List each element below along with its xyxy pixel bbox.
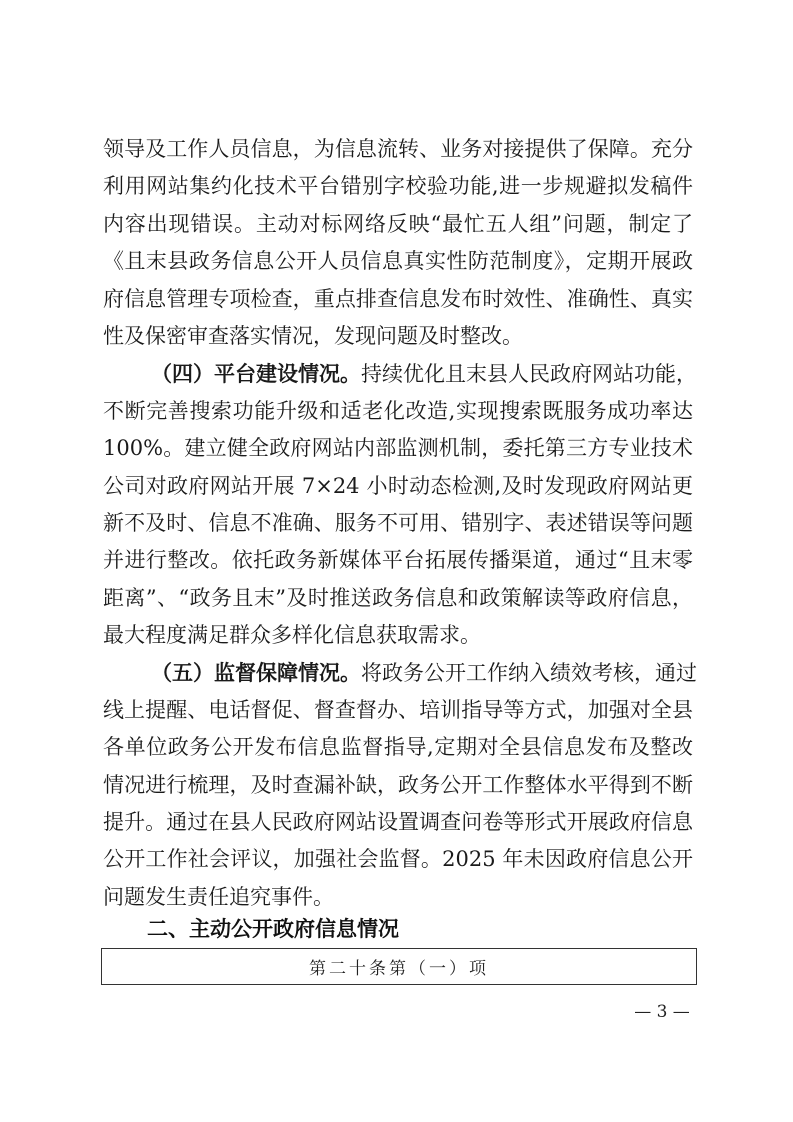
paragraph-first-line: （四）平台建设情况。持续优化且末县人民政府网站功能， [103,355,693,392]
text-line: 府信息管理专项检查，重点排查信息发布时效性、准确性、真实 [103,281,693,318]
page-number: — 3 — [622,998,702,1026]
text-line: 内容出现错误。主动对标网络反映“最忙五人组”问题，制定了 [103,206,693,243]
table-header-cell: 第二十条第（一）项 [309,954,489,979]
paragraph-first-line: （五）监督保障情况。将政务公开工作纳入绩效考核，通过 [103,654,693,691]
text-line: 并进行整改。依托政务新媒体平台拓展传播渠道，通过“且末零 [103,542,693,579]
paragraph-continued: 领导及工作人员信息，为信息流转、业务对接提供了保障。充分 利用网站集约化技术平台… [103,131,693,355]
subsection-heading: （五）监督保障情况。 [151,660,361,685]
text-line: 利用网站集约化技术平台错别字校验功能,进一步规避拟发稿件 [103,168,693,205]
text-line: 新不及时、信息不准确、服务不可用、错别字、表述错误等问题 [103,505,693,542]
text-line: 领导及工作人员信息，为信息流转、业务对接提供了保障。充分 [103,131,693,168]
text-line: 问题发生责任追究事件。 [103,879,693,916]
document-page: 领导及工作人员信息，为信息流转、业务对接提供了保障。充分 利用网站集约化技术平台… [0,0,793,1122]
text-span: 将政务公开工作纳入绩效考核，通过 [361,661,697,685]
text-line: 公司对政府网站开展 7×24 小时动态检测,及时发现政府网站更 [103,468,693,505]
info-table: 第二十条第（一）项 [101,948,697,985]
text-line: 提升。通过在县人民政府网站设置调查问卷等形式开展政府信息 [103,804,693,841]
text-line: 性及保密审查落实情况，发现问题及时整改。 [103,318,693,355]
text-line: 各单位政务公开发布信息监督指导,定期对全县信息发布及整改 [103,729,693,766]
text-line: 不断完善搜索功能升级和适老化改造,实现搜索既服务成功率达 [103,393,693,430]
subsection-heading: （四）平台建设情况。 [151,361,361,386]
text-line: 公开工作社会评议，加强社会监督。2025 年未因政府信息公开 [103,841,693,878]
paragraph-supervision-guarantee: （五）监督保障情况。将政务公开工作纳入绩效考核，通过 线上提醒、电话督促、督查督… [103,654,693,916]
text-line: 情况进行梳理，及时查漏补缺，政务公开工作整体水平得到不断 [103,767,693,804]
text-span: 持续优化且末县人民政府网站功能， [361,362,697,386]
text-line: 线上提醒、电话督促、督查督办、培训指导等方式，加强对全县 [103,692,693,729]
text-line: 100%。建立健全政府网站内部监测机制，委托第三方专业技术 [103,430,693,467]
text-line: 《且末县政务信息公开人员信息真实性防范制度》，定期开展政 [103,243,693,280]
paragraph-platform-construction: （四）平台建设情况。持续优化且末县人民政府网站功能， 不断完善搜索功能升级和适老… [103,355,693,654]
body-text: 领导及工作人员信息，为信息流转、业务对接提供了保障。充分 利用网站集约化技术平台… [103,131,693,916]
section-heading: 二、主动公开政府信息情况 [147,912,399,946]
text-line: 距离”、“政务且末”及时推送政务信息和政策解读等政府信息， [103,580,693,617]
text-line: 最大程度满足群众多样化信息获取需求。 [103,617,693,654]
